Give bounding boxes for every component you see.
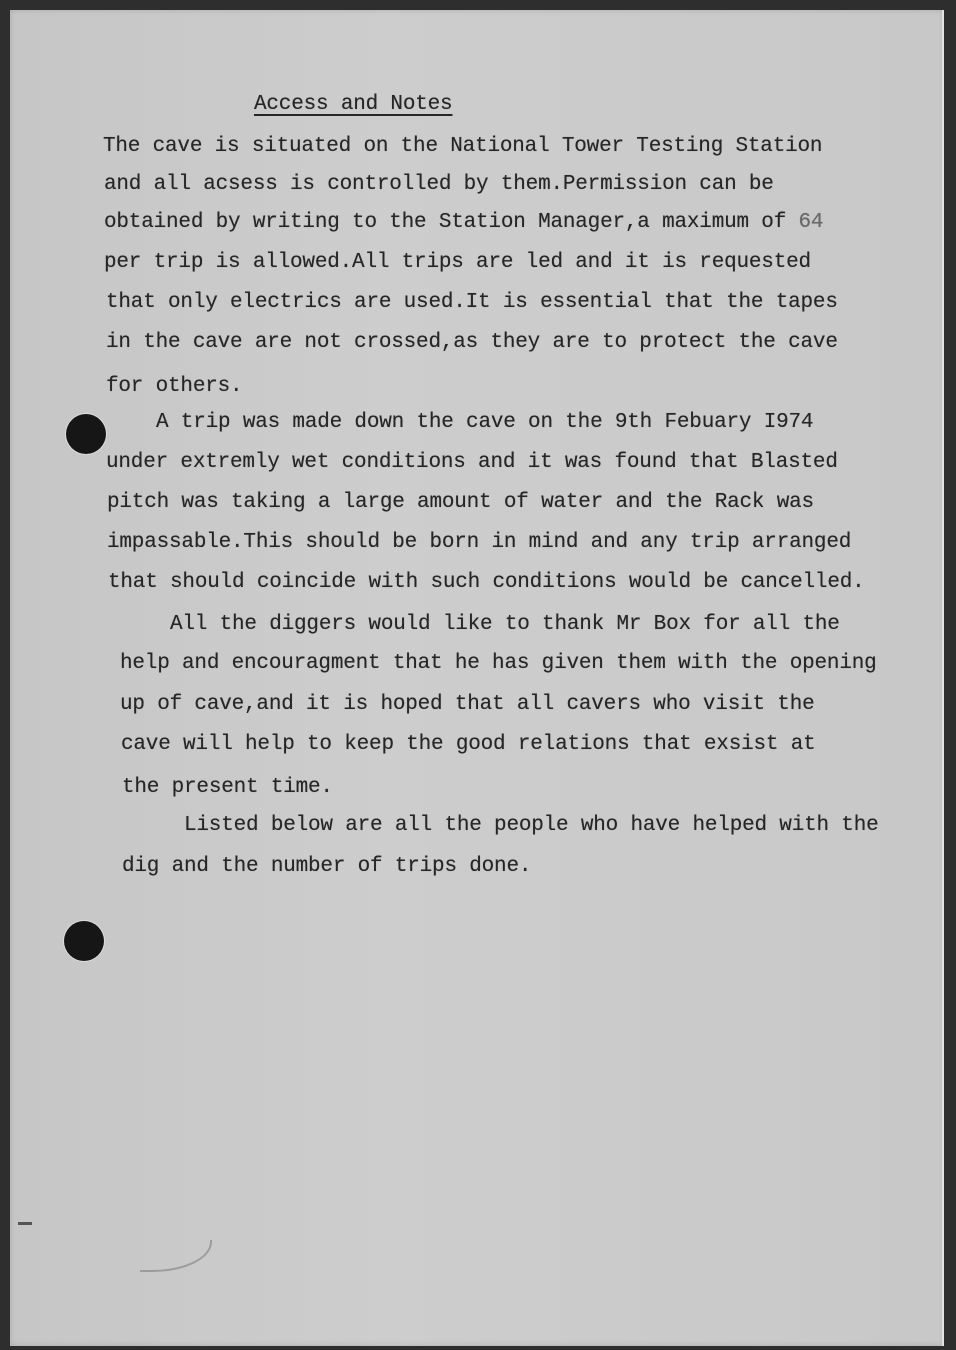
margin-mark (18, 1222, 32, 1225)
text-line: under extremly wet conditions and it was… (106, 452, 838, 473)
text-line: cave will help to keep the good relation… (121, 734, 816, 755)
text-line: in the cave are not crossed,as they are … (106, 332, 838, 353)
text-line: up of cave,and it is hoped that all cave… (120, 694, 815, 715)
text-line: All the diggers would like to thank Mr B… (170, 614, 840, 635)
text-line: that should coincide with such condition… (108, 572, 865, 593)
punch-hole-bottom (64, 921, 104, 961)
text-line: impassable.This should be born in mind a… (107, 532, 851, 553)
text-line: obtained by writing to the Station Manag… (104, 212, 823, 233)
text-line: dig and the number of trips done. (122, 856, 531, 877)
text-line: The cave is situated on the National Tow… (103, 136, 822, 157)
punch-hole-top (66, 414, 106, 454)
text-line: help and encouragment that he has given … (120, 653, 877, 674)
text-line: for others. (106, 376, 242, 397)
text-line: A trip was made down the cave on the 9th… (156, 412, 813, 433)
handwritten-number: 64 (799, 211, 824, 234)
text-line-part: obtained by writing to the Station Manag… (104, 211, 786, 234)
text-line: Listed below are all the people who have… (184, 815, 879, 836)
text-line: per trip is allowed.All trips are led an… (104, 252, 811, 273)
text-line: the present time. (122, 777, 333, 798)
text-line: and all acsess is controlled by them.Per… (104, 174, 774, 195)
document-title: Access and Notes (254, 94, 452, 115)
paper-edge (942, 10, 944, 1346)
text-line: that only electrics are used.It is essen… (106, 292, 838, 313)
text-line: pitch was taking a large amount of water… (107, 492, 814, 513)
